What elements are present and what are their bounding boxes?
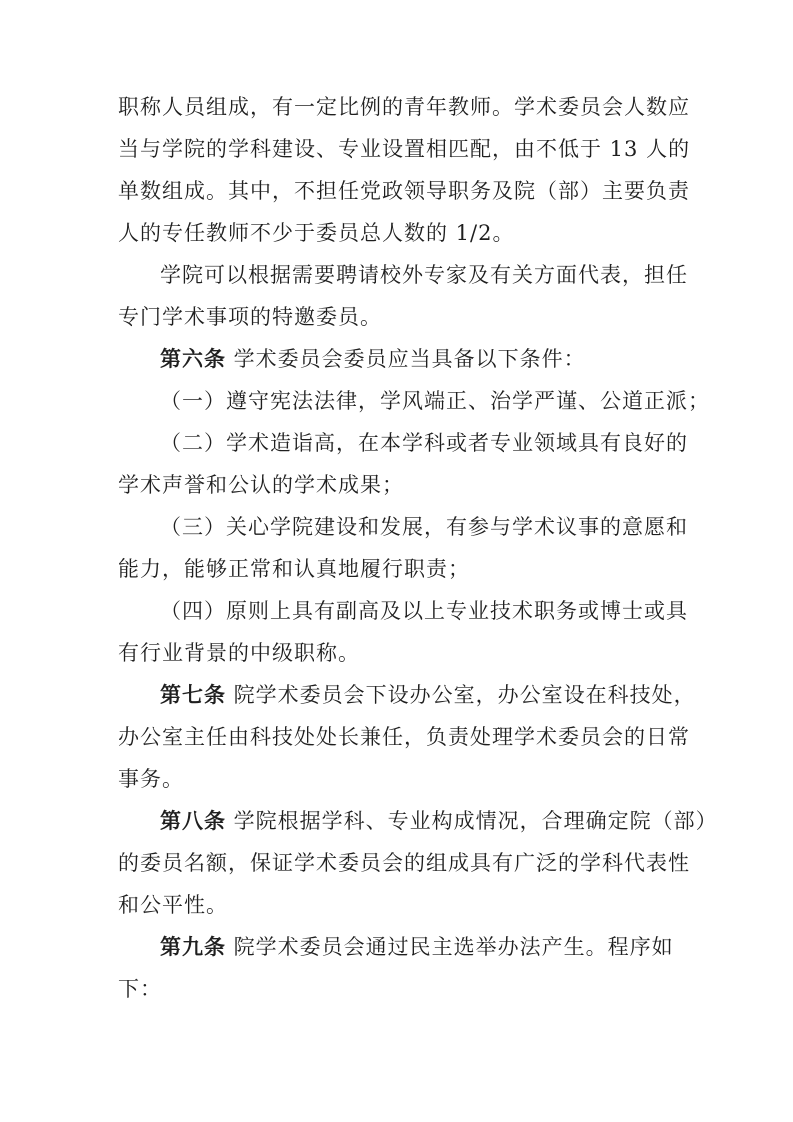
text-run: （一）遵守宪法法律，学风端正、治学严谨、公道正派； (160, 389, 710, 413)
text-run: 办公室主任由科技处处长兼任，负责处理学术委员会的日常 (118, 725, 690, 749)
text-run: 学院根据学科、专业构成情况，合理确定院（部） (226, 809, 718, 833)
text-run: 的委员名额，保证学术委员会的组成具有广泛的学科代表性 (118, 851, 690, 875)
text-run: 和公平性。 (118, 893, 228, 917)
text-line: 第八条 学院根据学科、专业构成情况，合理确定院（部） (118, 800, 678, 842)
text-run: （二）学术造诣高，在本学科或者专业领域具有良好的 (160, 431, 688, 455)
article-number: 第七条 (160, 682, 226, 707)
text-line: 事务。 (118, 758, 678, 800)
text-line: 职称人员组成，有一定比例的青年教师。学术委员会人数应 (118, 86, 678, 128)
paragraph-special-invited-members: 学院可以根据需要聘请校外专家及有关方面代表，担任专门学术事项的特邀委员。 (118, 254, 678, 338)
text-run: 学术委员会委员应当具备以下条件： (226, 347, 586, 371)
text-line: 学术声誉和公认的学术成果； (118, 464, 678, 506)
text-line: （一）遵守宪法法律，学风端正、治学严谨、公道正派； (118, 380, 678, 422)
paragraph-article-6-item-4: （四）原则上具有副高及以上专业技术职务或博士或具有行业背景的中级职称。 (118, 590, 678, 674)
text-run: 学术声誉和公认的学术成果； (118, 473, 404, 497)
text-line: （二）学术造诣高，在本学科或者专业领域具有良好的 (118, 422, 678, 464)
text-run: 当与学院的学科建设、专业设置相匹配，由不低于 13 人的 (118, 137, 690, 161)
text-run: （三）关心学院建设和发展，有参与学术议事的意愿和 (160, 515, 688, 539)
text-line: 当与学院的学科建设、专业设置相匹配，由不低于 13 人的 (118, 128, 678, 170)
paragraph-article-6-item-2: （二）学术造诣高，在本学科或者专业领域具有良好的学术声誉和公认的学术成果； (118, 422, 678, 506)
paragraph-article-9: 第九条 院学术委员会通过民主选举办法产生。程序如下： (118, 926, 678, 1010)
text-line: 和公平性。 (118, 884, 678, 926)
article-number: 第九条 (160, 934, 226, 959)
paragraph-membership-composition: 职称人员组成，有一定比例的青年教师。学术委员会人数应当与学院的学科建设、专业设置… (118, 86, 678, 254)
text-run: 院学术委员会通过民主选举办法产生。程序如 (226, 935, 674, 959)
text-run: 学院可以根据需要聘请校外专家及有关方面代表，担任 (160, 263, 688, 287)
text-run: （四）原则上具有副高及以上专业技术职务或博士或具 (160, 599, 688, 623)
paragraph-article-6: 第六条 学术委员会委员应当具备以下条件： (118, 338, 678, 380)
text-line: 单数组成。其中，不担任党政领导职务及院（部）主要负责 (118, 170, 678, 212)
text-line: （四）原则上具有副高及以上专业技术职务或博士或具 (118, 590, 678, 632)
text-run: 专门学术事项的特邀委员。 (118, 305, 382, 329)
text-line: 第九条 院学术委员会通过民主选举办法产生。程序如 (118, 926, 678, 968)
text-line: 专门学术事项的特邀委员。 (118, 296, 678, 338)
text-run: 下： (118, 977, 162, 1001)
text-line: 人的专任教师不少于委员总人数的 1/2。 (118, 212, 678, 254)
text-run: 事务。 (118, 767, 184, 791)
text-line: 办公室主任由科技处处长兼任，负责处理学术委员会的日常 (118, 716, 678, 758)
text-line: 第六条 学术委员会委员应当具备以下条件： (118, 338, 678, 380)
paragraph-article-7: 第七条 院学术委员会下设办公室，办公室设在科技处，办公室主任由科技处处长兼任，负… (118, 674, 678, 800)
article-number: 第六条 (160, 346, 226, 371)
paragraph-article-6-item-1: （一）遵守宪法法律，学风端正、治学严谨、公道正派； (118, 380, 678, 422)
text-line: 能力，能够正常和认真地履行职责； (118, 548, 678, 590)
document-page: 职称人员组成，有一定比例的青年教师。学术委员会人数应当与学院的学科建设、专业设置… (0, 0, 793, 1122)
text-line: 有行业背景的中级职称。 (118, 632, 678, 674)
text-run: 人的专任教师不少于委员总人数的 1/2。 (118, 221, 514, 245)
paragraph-article-6-item-3: （三）关心学院建设和发展，有参与学术议事的意愿和能力，能够正常和认真地履行职责； (118, 506, 678, 590)
text-run: 院学术委员会下设办公室，办公室设在科技处， (226, 683, 696, 707)
text-line: 学院可以根据需要聘请校外专家及有关方面代表，担任 (118, 254, 678, 296)
text-run: 能力，能够正常和认真地履行职责； (118, 557, 470, 581)
text-run: 单数组成。其中，不担任党政领导职务及院（部）主要负责 (118, 179, 690, 203)
text-line: 第七条 院学术委员会下设办公室，办公室设在科技处， (118, 674, 678, 716)
text-line: （三）关心学院建设和发展，有参与学术议事的意愿和 (118, 506, 678, 548)
document-body: 职称人员组成，有一定比例的青年教师。学术委员会人数应当与学院的学科建设、专业设置… (118, 86, 678, 1010)
text-line: 的委员名额，保证学术委员会的组成具有广泛的学科代表性 (118, 842, 678, 884)
paragraph-article-8: 第八条 学院根据学科、专业构成情况，合理确定院（部）的委员名额，保证学术委员会的… (118, 800, 678, 926)
text-run: 有行业背景的中级职称。 (118, 641, 360, 665)
text-line: 下： (118, 968, 678, 1010)
article-number: 第八条 (160, 808, 226, 833)
text-run: 职称人员组成，有一定比例的青年教师。学术委员会人数应 (118, 95, 690, 119)
